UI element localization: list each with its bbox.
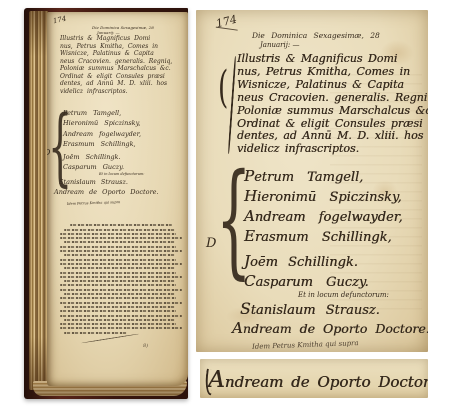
script-line	[64, 319, 175, 321]
paragraph-flourish: (	[218, 66, 228, 110]
script-line	[60, 297, 176, 299]
script-line	[64, 267, 175, 269]
consul-name: Joēm Schillingk.	[244, 252, 403, 272]
script-line	[60, 276, 182, 278]
consul-name: Petrum Tamgell,	[244, 167, 403, 187]
consul-name: Andream fogelwayder,	[63, 129, 141, 139]
script-line	[70, 224, 172, 226]
script-line	[60, 284, 176, 286]
replacement-name: Andream de Oporto Doctore.	[232, 319, 428, 337]
book-photo: 174 Die Dominica Sexagesimæ, 28 Januarij…	[24, 8, 188, 399]
replacement-name: Andream de Oporto Doctore.	[54, 188, 159, 196]
consul-name: Petrum Tamgell,	[63, 108, 141, 118]
margin-mark: 8)	[143, 343, 148, 349]
closing-flourish	[81, 333, 138, 343]
script-line	[64, 332, 127, 334]
consul-name: Casparum Guczy.	[244, 272, 403, 292]
replacement-note: Et in locum defunctorum:	[99, 172, 144, 176]
script-line	[64, 241, 175, 243]
consuls-list: Petrum Tamgell, Hieronimū Spiczinsky, An…	[244, 167, 403, 292]
script-line	[64, 293, 175, 295]
body-line: Illustris & Magnificus Domi	[60, 35, 186, 43]
record-body: Illustris & Magnificus Domi nus, Petrus …	[60, 35, 186, 95]
date-heading-line1: Die Dominica Sexagesimæ, 28	[252, 31, 380, 40]
body-line: videlicz infrascriptos.	[60, 88, 186, 96]
date-heading-line2: Januarij: —	[260, 41, 300, 49]
folio-number: 174	[52, 15, 67, 26]
script-line	[60, 289, 182, 291]
manuscript-page-content: 174 Die Dominica Sexagesimæ, 28 Januarij…	[47, 12, 188, 386]
body-line: videlicz infrascriptos.	[237, 143, 428, 156]
script-line	[60, 327, 182, 329]
script-line	[60, 259, 176, 261]
replacement-name: Stanislaum Strausz.	[240, 300, 380, 318]
body-line: Illustris & Magnificus Domi	[237, 53, 428, 66]
consul-name: Erasmum Schillingk,	[63, 139, 141, 149]
body-line: neus Cracovien. generalis. Regniq,	[237, 92, 428, 105]
margin-letter: D	[206, 236, 216, 251]
body-line: Poloniæ summus Marschalcus &c.	[60, 65, 186, 73]
consul-name: Joēm Schillingk.	[63, 152, 141, 162]
script-line	[60, 233, 176, 235]
consul-name: Casparum Guczy.	[63, 162, 141, 172]
enlarged-record-crop: 174 Die Dominica Sexagesimæ, 28 Januarij…	[196, 10, 428, 352]
script-line	[60, 272, 176, 274]
script-line	[60, 246, 176, 248]
consul-name: Hieronimū Spiczinsky,	[63, 118, 141, 128]
script-line	[60, 323, 176, 325]
body-line: nus, Petrus Kmitha, Comes in	[237, 66, 428, 79]
script-line	[60, 315, 182, 317]
consul-name: Andream fogelwayder,	[244, 207, 403, 227]
body-line: Ordinat & eligit Consules præsi	[60, 73, 186, 81]
record-body: Illustris & Magnificus Domi nus, Petrus …	[237, 53, 428, 156]
script-line	[64, 280, 175, 282]
consul-name: Erasmum Schillingk,	[244, 227, 403, 247]
body-line: nus, Petrus Kmitha, Comes in	[60, 43, 186, 51]
page-edges	[29, 11, 48, 390]
record-footnote: Idem Petrus Kmitha qui supra	[252, 339, 359, 351]
script-line	[64, 306, 175, 308]
body-line: neus Cracovien. generalis. Regniq,	[60, 58, 186, 66]
script-line	[64, 254, 175, 256]
detail-strip-crop: Andream de Oporto Doctore.	[200, 359, 428, 398]
replacement-name: Stanislaum Strausz.	[59, 178, 128, 186]
record-footnote: Idem Petrus Kmitha qui supra	[67, 200, 120, 206]
body-line: Wisnicze, Palatinus & Capita	[60, 50, 186, 58]
detail-text: Andream de Oporto Doctore.	[208, 366, 428, 393]
body-line: Wisnicze, Palatinus & Capita	[237, 79, 428, 92]
body-line: dentes, ad Annū M. D. xliii. hos	[60, 80, 186, 88]
dense-script-paragraph	[60, 222, 182, 334]
replacement-note: Et in locum defunctorum:	[298, 291, 389, 299]
script-line	[60, 310, 176, 312]
initial-descender-flourish	[228, 56, 237, 154]
script-line	[60, 302, 182, 304]
consul-name: Hieronimū Spiczinsky,	[244, 187, 403, 207]
script-line	[64, 229, 175, 231]
folio-number: 174	[215, 13, 239, 31]
script-line	[60, 263, 182, 265]
script-line	[60, 237, 182, 239]
script-line	[60, 250, 182, 252]
manuscript-screenshot: 174 Die Dominica Sexagesimæ, 28 Januarij…	[0, 0, 450, 409]
body-line: Poloniæ summus Marschalcus &c.	[237, 105, 428, 118]
manuscript-page: 174 Die Dominica Sexagesimæ, 28 Januarij…	[47, 12, 188, 386]
margin-letter: D	[47, 148, 50, 157]
consuls-list: Petrum Tamgell, Hieronimū Spiczinsky, An…	[63, 108, 141, 172]
